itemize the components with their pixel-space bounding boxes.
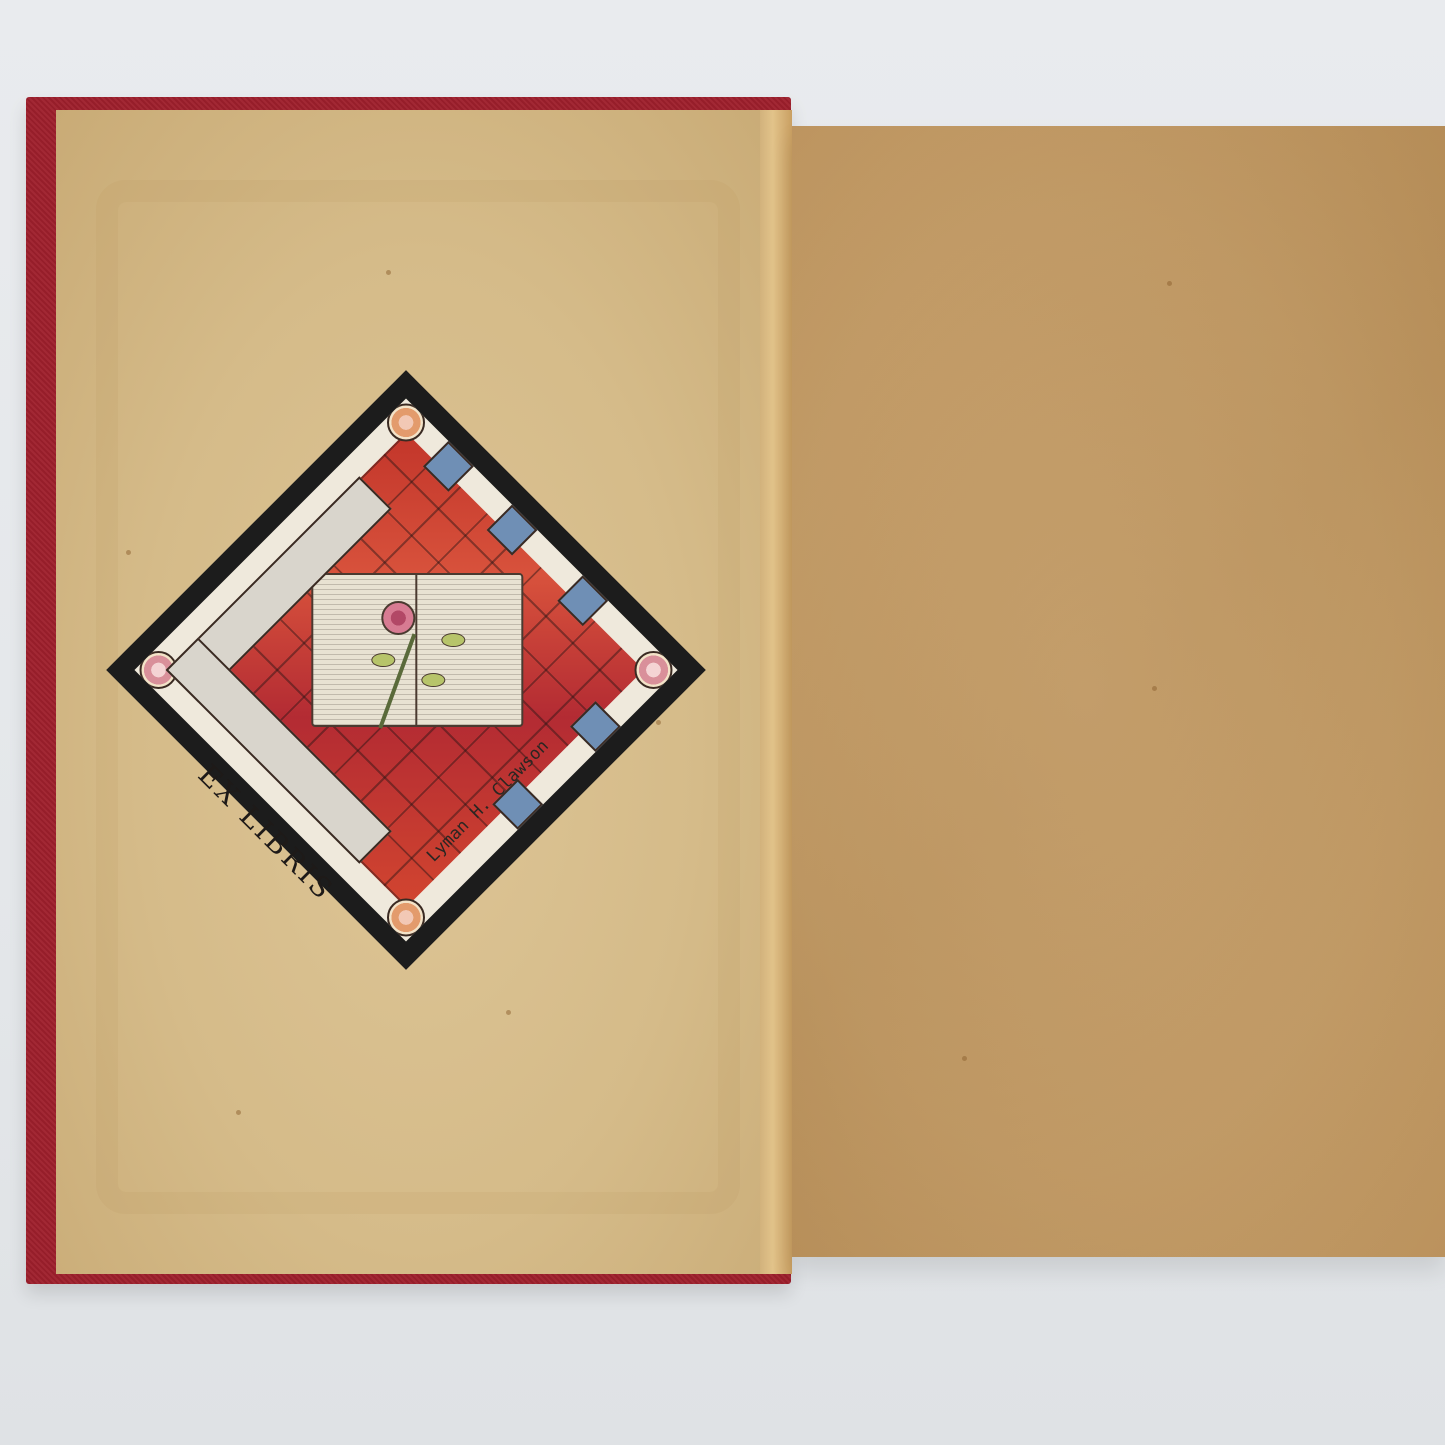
photo-scene: EX LIBRIS Lyman H. Clawson [0, 0, 1445, 1445]
foxing-spot [962, 1056, 967, 1061]
book-right-page [415, 573, 523, 727]
leaf-icon [371, 653, 395, 667]
rose-icon [381, 601, 415, 635]
flower-medallion-icon [627, 643, 678, 697]
foxing-spot [1152, 686, 1157, 691]
book-hinge-gutter [760, 110, 792, 1274]
book-left-page [311, 573, 419, 727]
leaf-icon [421, 673, 445, 687]
bookplate-black-border [106, 370, 706, 970]
foxing-spot [236, 1110, 241, 1115]
free-endpaper-right-page [792, 126, 1445, 1257]
foxing-spot [386, 270, 391, 275]
open-book-illustration [311, 573, 523, 733]
paper-texture [792, 126, 1445, 1257]
flower-medallion-icon [379, 891, 433, 942]
flower-medallion-icon [379, 398, 433, 449]
bookplate [108, 376, 708, 968]
leaf-icon [441, 633, 465, 647]
foxing-spot [506, 1010, 511, 1015]
foxing-spot [1167, 281, 1172, 286]
stained-glass-panel [134, 398, 677, 941]
